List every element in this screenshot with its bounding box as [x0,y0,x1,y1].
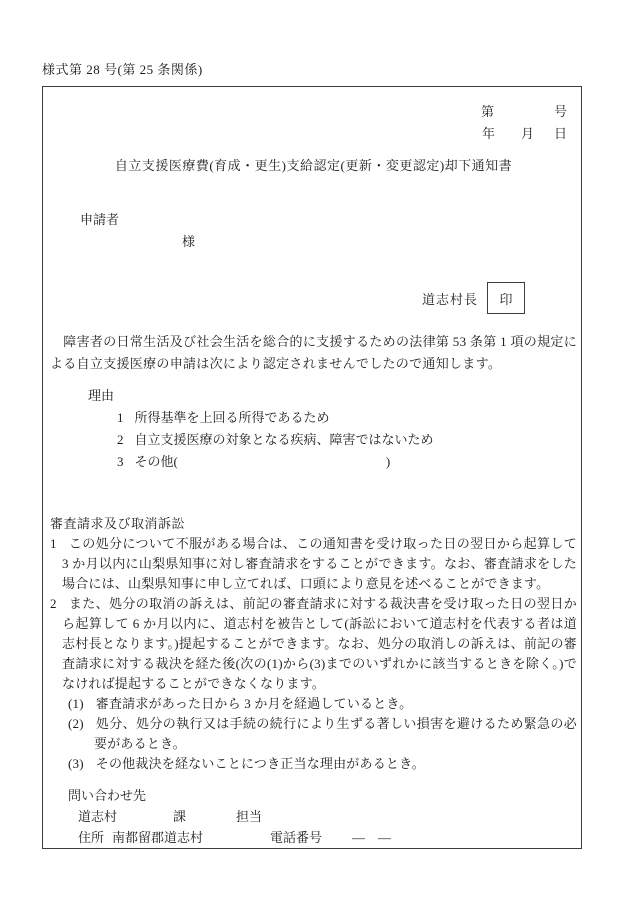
date-year-label: 年 [482,126,495,141]
date-day-label: 日 [554,126,567,141]
date-line: 年月日 [50,123,577,145]
appeal-subitem-number: (1) [68,696,84,711]
appeal-subitem-text: 審査請求があった日から 3 か月を経過しているとき。 [96,696,413,711]
contact-staff-label: 担当 [236,809,262,824]
seal-placeholder-box: 印 [487,282,525,314]
contact-address-label: 住所 [78,830,104,845]
appeal-section-heading: 審査請求及び取消訴訟 [50,513,577,534]
document-page: 様式第 28 号(第 25 条関係) 第号 年月日 自立支援医療費(育成・更生)… [0,0,630,915]
contact-village-label: 道志村 [78,809,117,824]
reason-item-text: 自立支援医療の対象となる疾病、障害ではないため [135,432,434,447]
reason-item-number: 3 [117,454,124,469]
document-number-line: 第号 [50,101,577,123]
appeal-subitem-text: 処分、処分の執行又は手続の続行により生ずる著しい損害を避けるため緊急の必要がある… [94,716,577,751]
issuer-label: 道志村長 [422,289,478,308]
date-month-label: 月 [521,126,534,141]
contact-phone-value: ― ― [352,830,391,845]
appeal-item-1: 1この処分について不服がある場合は、この通知書を受け取った日の翌日から起算して … [50,534,577,594]
form-number-label: 様式第 28 号(第 25 条関係) [42,62,203,78]
reason-item-number: 2 [117,432,124,447]
appeal-subitem-number: (3) [68,756,84,771]
reason-item-text: 所得基準を上回る所得であるため [135,410,330,425]
appeal-item-text: また、処分の取消の訴えは、前記の審査請求に対する裁決書を受け取った日の翌日から起… [62,596,577,691]
number-suffix: 号 [554,104,567,119]
reason-item-text: その他( ) [135,454,391,469]
issuer-seal-row: 道志村長 印 [50,281,577,315]
reason-item-3: 3その他( ) [117,451,577,473]
applicant-label: 申請者 [80,209,577,231]
reason-heading: 理由 [88,385,577,407]
contact-heading: 問い合わせ先 [68,786,577,806]
reason-item-2: 2自立支援医療の対象となる疾病、障害ではないため [117,429,577,451]
appeal-subitem-1: (1)審査請求があった日から 3 か月を経過しているとき。 [50,694,577,714]
contact-line-address: 住所南都留郡道志村電話番号― ― [78,827,577,848]
notice-frame: 第号 年月日 自立支援医療費(育成・更生)支給認定(更新・変更認定)却下通知書 … [42,86,582,849]
contact-section-label: 課 [173,809,186,824]
reason-item-1: 1所得基準を上回る所得であるため [117,407,577,429]
notice-body-paragraph: 障害者の日常生活及び社会生活を総合的に支援するための法律第 53 条第 1 項の… [50,331,577,375]
appeal-item-number: 2 [50,596,57,611]
number-prefix: 第 [481,104,494,119]
appeal-item-text: この処分について不服がある場合は、この通知書を受け取った日の翌日から起算して 3… [62,536,577,591]
appeal-subitem-number: (2) [68,716,84,731]
seal-label: 印 [499,289,512,308]
contact-address-value: 南都留郡道志村 [112,830,203,845]
honorific-label: 様 [182,231,577,253]
contact-line-department: 道志村課担当 [78,806,577,827]
appeal-subitem-3: (3)その他裁決を経ないことにつき正当な理由があるとき。 [50,754,577,774]
appeal-subitem-text: その他裁決を経ないことにつき正当な理由があるとき。 [96,756,425,771]
appeal-item-number: 1 [50,536,57,551]
contact-phone-label: 電話番号 [270,830,322,845]
appeal-subitem-2: (2)処分、処分の執行又は手続の続行により生ずる著しい損害を避けるため緊急の必要… [50,714,577,754]
reason-item-number: 1 [117,410,124,425]
appeal-item-2: 2また、処分の取消の訴えは、前記の審査請求に対する裁決書を受け取った日の翌日から… [50,594,577,694]
document-title: 自立支援医療費(育成・更生)支給認定(更新・変更認定)却下通知書 [50,155,577,177]
